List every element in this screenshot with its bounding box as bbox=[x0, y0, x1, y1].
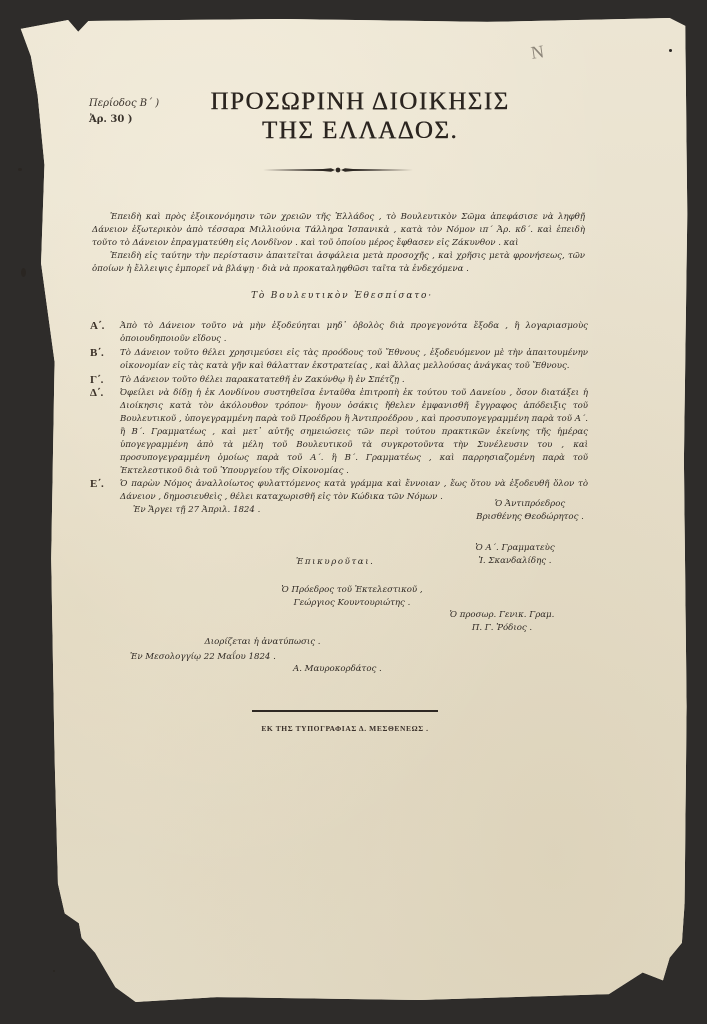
decree-document: N Περίοδος Β΄ ) Ἀρ. 30 ) ΠΡΟΣΩΡΙΝΗ ΔΙΟΙΚ… bbox=[0, 0, 707, 1024]
printer-imprint: ΕΚ ΤΗΣ ΤΥΠΟΓΡΑΦΙΑΣ Δ. ΜΕΣΘΕΝΕΩΣ . bbox=[252, 724, 438, 733]
marginal-pencil-note: N bbox=[530, 41, 546, 64]
article-letter: Α΄. bbox=[90, 320, 104, 333]
article-letter: Ε΄. bbox=[90, 478, 104, 491]
article-d: Δ΄. Ὀφείλει νὰ δίδῃ ἡ ἐκ Λονδίνου συστηθ… bbox=[90, 387, 590, 478]
general-secretary-title: Ὁ προσωρ. Γενικ. Γραμ. bbox=[432, 609, 572, 622]
executive-president-signature: Ὁ Πρόεδρος τοῦ Ἐκτελεστικοῦ , Γεώργιος Κ… bbox=[262, 584, 442, 610]
vice-president-signature: Ὁ Ἀντιπρόεδρος Βρισθένης Θεοδώρητος . bbox=[470, 498, 590, 524]
vice-president-name: Βρισθένης Θεοδώρητος . bbox=[470, 511, 590, 524]
first-secretary-signature: Ὁ Α΄. Γραμματεὺς Ἰ. Σκανδαλίδης . bbox=[455, 542, 575, 568]
executive-president-name: Γεώργιος Κουντουριώτης . bbox=[262, 597, 442, 610]
article-a: Α΄. Ἀπὸ τὸ Δάνειον τοῦτο νὰ μὴν ἐξοδεύητ… bbox=[90, 320, 590, 346]
first-secretary-title: Ὁ Α΄. Γραμματεὺς bbox=[455, 542, 575, 555]
mavrokordatos-signature: Α. Μαυροκορδάτος . bbox=[293, 663, 382, 676]
general-secretary-name: Π. Γ. Ῥόδιος . bbox=[432, 622, 572, 635]
paper-speck bbox=[18, 168, 22, 171]
first-secretary-name: Ἰ. Σκανδαλίδης . bbox=[455, 555, 575, 568]
article-letter: Γ΄. bbox=[90, 374, 103, 387]
article-b: Β΄. Τὸ Δάνειον τοῦτο θέλει χρησιμεύσει ε… bbox=[90, 347, 590, 373]
article-c: Γ΄. Τὸ Δάνειον τοῦτο θέλει παρακατατεθῆ … bbox=[90, 374, 590, 387]
title-ornament-rule bbox=[263, 167, 413, 173]
paper-speck bbox=[669, 49, 672, 52]
enacted-heading: Τὸ Βουλευτικὸν Ἐθεσπίσατο· bbox=[92, 291, 592, 301]
date-missolonghi: Ἐν Μεσολογγίῳ 22 Μαΐου 1824 . bbox=[130, 651, 276, 664]
paper-speck bbox=[21, 268, 26, 277]
preamble-paragraph: Ἐπειδὴ καὶ πρὸς ἐξοικονόμησιν τῶν χρειῶν… bbox=[92, 211, 585, 276]
paper-speck bbox=[53, 970, 55, 972]
preamble-text-2: Ἐπειδὴ εἰς ταύτην τὴν περίστασιν ἀπαιτεῖ… bbox=[92, 251, 585, 274]
article-text: Ὀφείλει νὰ δίδῃ ἡ ἐκ Λονδίνου συστηθεῖσα… bbox=[120, 387, 588, 478]
article-text: Τὸ Δάνειον τοῦτο θέλει χρησιμεύσει εἰς τ… bbox=[120, 347, 588, 373]
document-title-line-1: ΠΡΟΣΩΡΙΝΗ ΔΙΟΙΚΗΣΙΣ bbox=[100, 88, 620, 116]
publication-order: Διορίζεται ἡ ἀνατύπωσις . bbox=[195, 636, 330, 649]
document-title-line-2: ΤΗΣ ΕΛΛΑΔΟΣ. bbox=[100, 117, 620, 145]
executive-president-title: Ὁ Πρόεδρος τοῦ Ἐκτελεστικοῦ , bbox=[262, 584, 442, 597]
article-text: Τὸ Δάνειον τοῦτο θέλει παρακατατεθῆ ἐν Ζ… bbox=[120, 374, 588, 387]
ratified-heading: Ἐπικυροῦται. bbox=[296, 556, 375, 569]
article-text: Ἀπὸ τὸ Δάνειον τοῦτο νὰ μὴν ἐξοδεύηται μ… bbox=[120, 320, 588, 346]
vice-president-title: Ὁ Ἀντιπρόεδρος bbox=[470, 498, 590, 511]
article-letter: Β΄. bbox=[90, 347, 104, 360]
article-letter: Δ΄. bbox=[90, 387, 103, 400]
printer-divider-rule bbox=[252, 710, 438, 712]
date-argos: Ἐν Ἄργει τῇ 27 Ἀπριλ. 1824 . bbox=[133, 504, 260, 517]
general-secretary-signature: Ὁ προσωρ. Γενικ. Γραμ. Π. Γ. Ῥόδιος . bbox=[432, 609, 572, 635]
preamble-text: Ἐπειδὴ καὶ πρὸς ἐξοικονόμησιν τῶν χρειῶν… bbox=[92, 212, 585, 248]
